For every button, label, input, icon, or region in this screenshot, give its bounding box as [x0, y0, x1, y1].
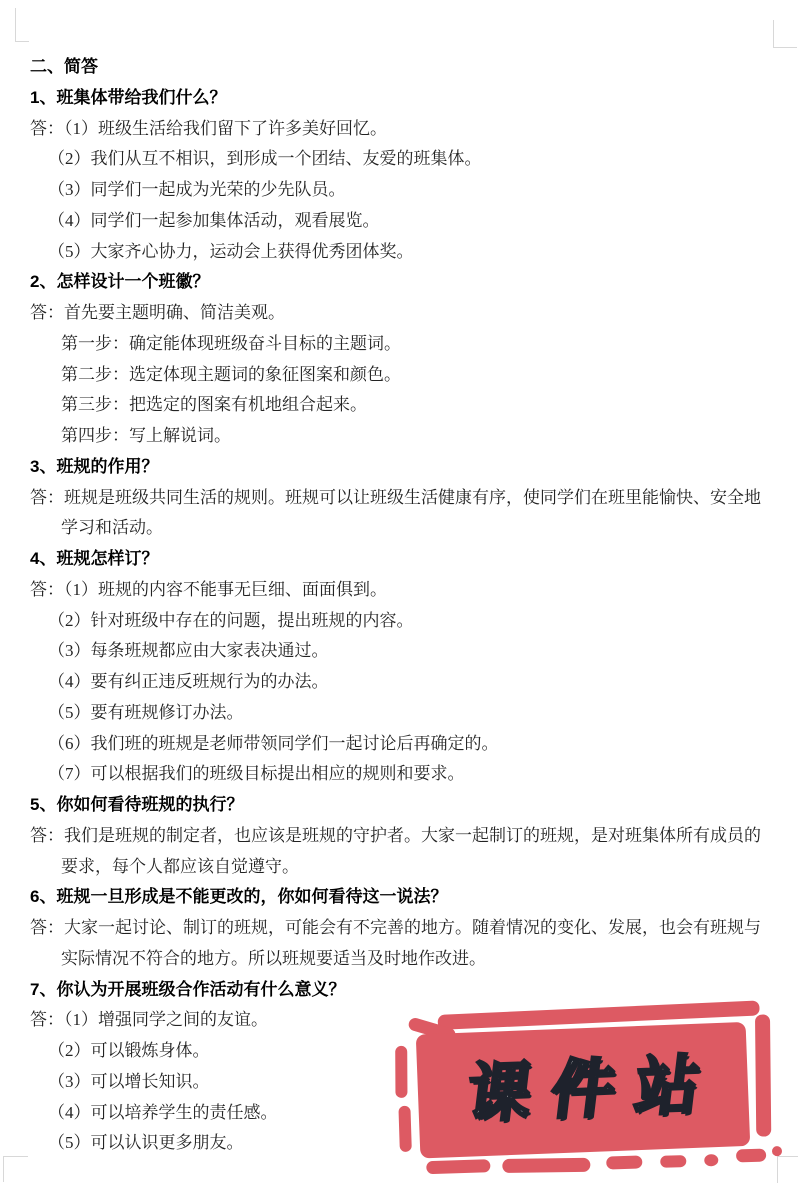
text-line: 答：首先要主题明确、简洁美观。 — [0, 298, 800, 329]
text-line: 答：大家一起讨论、制订的班规，可能会有不完善的地方。随着情况的变化、发展，也会有… — [0, 913, 800, 944]
stamp-border-stroke — [426, 1159, 490, 1174]
stamp-border-stroke — [398, 1106, 411, 1152]
text-line: （6）我们班的班规是老师带领同学们一起讨论后再确定的。 — [0, 729, 800, 760]
text-line: 答：（1）班级生活给我们留下了许多美好回忆。 — [0, 114, 800, 145]
stamp-text: 课件站 — [463, 1053, 722, 1127]
kejianzhan-stamp: 课件站 — [393, 998, 786, 1182]
stamp-background: 课件站 — [416, 1022, 751, 1159]
stamp-border-stroke — [772, 1146, 782, 1156]
stamp-border-stroke — [660, 1155, 686, 1168]
document-body: 二、简答1、班集体带给我们什么？答：（1）班级生活给我们留下了许多美好回忆。（2… — [0, 52, 800, 1159]
text-line: （2）针对班级中存在的问题，提出班规的内容。 — [0, 606, 800, 637]
text-line: 答：班规是班级共同生活的规则。班规可以让班级生活健康有序，使同学们在班里能愉快、… — [0, 483, 800, 514]
text-line: 实际情况不符合的地方。所以班规要适当及时地作改进。 — [0, 944, 800, 975]
heading-line: 1、班集体带给我们什么？ — [0, 83, 800, 114]
stamp-border-stroke — [395, 1046, 407, 1098]
text-line: （2）我们从互不相识，到形成一个团结、友爱的班集体。 — [0, 144, 800, 175]
stamp-border-stroke — [736, 1149, 766, 1163]
heading-line: 二、简答 — [0, 52, 800, 83]
text-line: （5）大家齐心协力，运动会上获得优秀团体奖。 — [0, 237, 800, 268]
margin-corner-mark-top-left — [15, 8, 29, 42]
text-line: 要求，每个人都应该自觉遵守。 — [0, 852, 800, 883]
stamp-border-stroke — [606, 1155, 642, 1169]
text-line: （4）同学们一起参加集体活动，观看展览。 — [0, 206, 800, 237]
text-line: （5）要有班规修订办法。 — [0, 698, 800, 729]
heading-line: 2、怎样设计一个班徽？ — [0, 267, 800, 298]
heading-line: 5、你如何看待班规的执行？ — [0, 790, 800, 821]
margin-corner-mark-bottom-left — [3, 1156, 28, 1182]
text-line: 第一步：确定能体现班级奋斗目标的主题词。 — [0, 329, 800, 360]
stamp-border-stroke — [704, 1154, 718, 1166]
heading-line: 6、班规一旦形成是不能更改的，你如何看待这一说法？ — [0, 882, 800, 913]
text-line: 第二步：选定体现主题词的象征图案和颜色。 — [0, 360, 800, 391]
stamp-border-stroke — [755, 1014, 771, 1136]
text-line: 第三步：把选定的图案有机地组合起来。 — [0, 390, 800, 421]
text-line: 第四步：写上解说词。 — [0, 421, 800, 452]
text-line: 答：我们是班规的制定者，也应该是班规的守护者。大家一起制订的班规，是对班集体所有… — [0, 821, 800, 852]
text-line: 学习和活动。 — [0, 513, 800, 544]
text-line: （7）可以根据我们的班级目标提出相应的规则和要求。 — [0, 759, 800, 790]
heading-line: 3、班规的作用？ — [0, 452, 800, 483]
text-line: （3）每条班规都应由大家表决通过。 — [0, 636, 800, 667]
text-line: 答：（1）班规的内容不能事无巨细、面面俱到。 — [0, 575, 800, 606]
text-line: （4）要有纠正违反班规行为的办法。 — [0, 667, 800, 698]
heading-line: 4、班规怎样订？ — [0, 544, 800, 575]
margin-corner-mark-top-right — [773, 20, 797, 48]
document-page: 二、简答1、班集体带给我们什么？答：（1）班级生活给我们留下了许多美好回忆。（2… — [0, 0, 800, 1200]
stamp-border-stroke — [502, 1158, 590, 1173]
text-line: （3）同学们一起成为光荣的少先队员。 — [0, 175, 800, 206]
